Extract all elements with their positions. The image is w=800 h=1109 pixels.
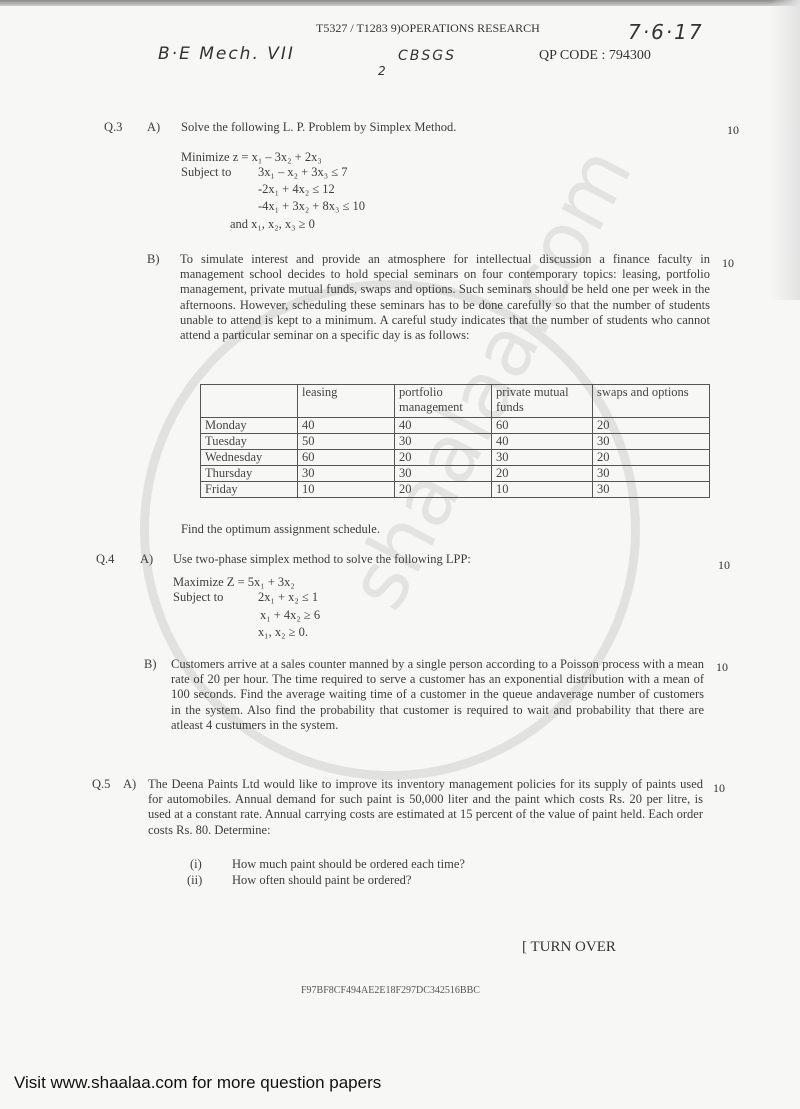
table-cell: Wednesday — [201, 450, 298, 466]
q5a-question: The Deena Paints Ltd would like to impro… — [148, 777, 703, 838]
handwritten-sub: 2 — [378, 64, 388, 78]
qp-code: QP CODE : 794300 — [539, 48, 651, 64]
q4b-question: Customers arrive at a sales counter mann… — [171, 657, 704, 733]
q4a-question: Use two-phase simplex method to solve th… — [173, 552, 471, 567]
q4a-label: A) — [140, 552, 153, 567]
seminar-table: leasing portfolio management private mut… — [200, 384, 710, 498]
table-row: Wednesday 60 20 30 20 — [201, 450, 710, 466]
scan-right-edge — [770, 0, 800, 300]
q4b-label: B) — [144, 657, 157, 672]
table-cell: 20 — [395, 482, 492, 498]
table-cell: 40 — [492, 434, 593, 450]
q3a-constraint-1: 3x₁ – x₂ + 3x₃ ≤ 7 — [258, 165, 347, 180]
table-header-cell: leasing — [298, 385, 395, 418]
q5a-item-2-text: How often should paint be ordered? — [232, 873, 411, 888]
table-cell: Tuesday — [201, 434, 298, 450]
handwritten-date: 7·6·17 — [628, 20, 704, 44]
table-header-cell: swaps and options — [593, 385, 710, 418]
q4a-constraint-3: x₁, x₂ ≥ 0. — [258, 625, 308, 640]
table-cell: 30 — [593, 434, 710, 450]
q4a-constraint-1: 2x₁ + x₂ ≤ 1 — [258, 590, 318, 605]
table-cell: 20 — [395, 450, 492, 466]
q4a-subject-to: Subject to — [173, 590, 223, 605]
q3b-marks: 10 — [722, 256, 734, 271]
q3b-label: B) — [147, 252, 160, 267]
table-row: Tuesday 50 30 40 30 — [201, 434, 710, 450]
hash-code: F97BF8CF494AE2E18F297DC342516BBC — [301, 985, 480, 996]
q3a-label: A) — [147, 120, 160, 135]
table-row: Thursday 30 30 20 30 — [201, 466, 710, 482]
footer-link-text[interactable]: Visit www.shaalaa.com for more question … — [14, 1073, 381, 1093]
q4a-constraint-2: x₁ + 4x₂ ≥ 6 — [260, 608, 320, 623]
table-cell: Monday — [201, 418, 298, 434]
table-cell: 20 — [593, 450, 710, 466]
table-row: Friday 10 20 10 30 — [201, 482, 710, 498]
q3-number: Q.3 — [104, 120, 122, 135]
table-cell: 30 — [298, 466, 395, 482]
q4-number: Q.4 — [96, 552, 114, 567]
table-header-row: leasing portfolio management private mut… — [201, 385, 710, 418]
q3a-constraint-2: -2x₁ + 4x₂ ≤ 12 — [258, 182, 335, 197]
table-cell: 30 — [395, 434, 492, 450]
q3a-subject-to: Subject to — [181, 165, 231, 180]
scan-top-edge — [0, 0, 800, 6]
q4a-marks: 10 — [718, 558, 730, 573]
q5-number: Q.5 — [92, 777, 110, 792]
q3b-closing: Find the optimum assignment schedule. — [181, 522, 380, 537]
q4b-marks: 10 — [716, 660, 728, 675]
turn-over-label: [ TURN OVER — [522, 939, 616, 956]
table-row: Monday 40 40 60 20 — [201, 418, 710, 434]
q5a-item-1-num: (i) — [190, 857, 202, 872]
q3a-question: Solve the following L. P. Problem by Sim… — [181, 120, 456, 135]
table-cell: 40 — [298, 418, 395, 434]
table-cell: Thursday — [201, 466, 298, 482]
q3a-objective: Minimize z = x₁ – 3x₂ + 2x₃ — [181, 150, 322, 165]
paper-code-line: T5327 / T1283 9)OPERATIONS RESEARCH — [316, 21, 540, 36]
table-cell: 30 — [395, 466, 492, 482]
table-cell: 60 — [492, 418, 593, 434]
table-cell: 20 — [492, 466, 593, 482]
table-cell: 30 — [492, 450, 593, 466]
table-cell: 30 — [593, 482, 710, 498]
q3a-nonnegativity: and x₁, x₂, x₃ ≥ 0 — [230, 217, 315, 232]
table-cell: 10 — [492, 482, 593, 498]
handwritten-course: B·E Mech. VII — [158, 44, 295, 64]
table-header-cell — [201, 385, 298, 418]
table-cell: Friday — [201, 482, 298, 498]
table-cell: 40 — [395, 418, 492, 434]
q3b-question: To simulate interest and provide an atmo… — [180, 252, 710, 343]
q3a-constraint-3: -4x₁ + 3x₂ + 8x₃ ≤ 10 — [258, 199, 365, 214]
q4a-objective: Maximize Z = 5x₁ + 3x₂ — [173, 575, 295, 590]
q5a-item-2-num: (ii) — [187, 873, 202, 888]
q3a-marks: 10 — [727, 123, 739, 138]
q5a-item-1-text: How much paint should be ordered each ti… — [232, 857, 465, 872]
q5a-marks: 10 — [713, 781, 725, 796]
table-cell: 20 — [593, 418, 710, 434]
table-header-cell: portfolio management — [395, 385, 492, 418]
table-cell: 30 — [593, 466, 710, 482]
table-cell: 60 — [298, 450, 395, 466]
table-header-cell: private mutual funds — [492, 385, 593, 418]
handwritten-scheme: CBSGS — [398, 48, 456, 64]
q5a-label: A) — [123, 777, 136, 792]
table-cell: 10 — [298, 482, 395, 498]
table-cell: 50 — [298, 434, 395, 450]
